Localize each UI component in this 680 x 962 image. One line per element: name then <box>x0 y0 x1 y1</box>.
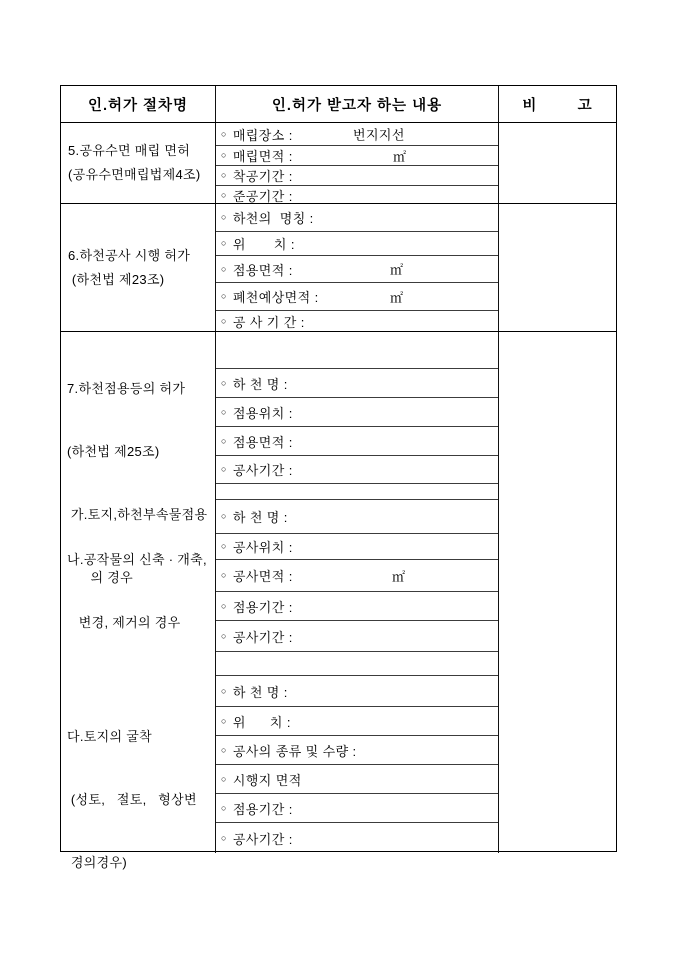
circle-bullet-icon: ○ <box>221 465 227 474</box>
table-header-row: 인.허가 절차명 인.허가 받고자 하는 내용 비 고 <box>61 86 616 123</box>
field-label: 공사의 종류 및 수량 : <box>233 741 357 760</box>
field-label: 점용기간 : <box>233 597 293 616</box>
circle-bullet-icon: ○ <box>221 292 227 301</box>
field-label: 공사위치 : <box>233 537 293 556</box>
remarks-cell <box>499 123 616 203</box>
field-value: 번지지선 <box>353 125 405 144</box>
form-field-row: ○ 공사면적 : ㎡ <box>216 560 498 592</box>
form-field-row: ○ 점용기간 : <box>216 592 498 621</box>
procedure-case-line: 다.토지의 굴착 <box>67 726 213 747</box>
circle-bullet-icon: ○ <box>221 746 227 755</box>
field-unit: ㎡ <box>392 566 405 585</box>
content-cell: ○ 하천의 명칭 : ○ 위 치 : ○ 점용면적 : ㎡ ○ 폐천예상면적 :… <box>216 204 499 331</box>
field-label: 공 사 기 간 : <box>233 312 305 331</box>
procedure-name-line: 5.공유수면 매립 면허 <box>68 139 215 163</box>
header-requested-content: 인.허가 받고자 하는 내용 <box>216 86 499 122</box>
field-label: 점용기간 : <box>233 799 293 818</box>
circle-bullet-icon: ○ <box>221 571 227 580</box>
procedure-case-line: 나.공작물의 신축 · 개축, <box>67 549 213 570</box>
circle-bullet-icon: ○ <box>221 265 227 274</box>
field-label: 착공기간 : <box>233 166 293 185</box>
procedure-law-line: (하천법 제23조) <box>68 268 215 292</box>
circle-bullet-icon: ○ <box>221 602 227 611</box>
form-field-row: ○ 공사기간 : <box>216 456 498 484</box>
field-label: 위 치 : <box>233 234 295 253</box>
circle-bullet-icon: ○ <box>221 542 227 551</box>
procedure-case-line: 경의경우) <box>67 852 213 873</box>
header-remarks: 비 고 <box>499 86 616 122</box>
circle-bullet-icon: ○ <box>221 151 227 160</box>
remarks-cell <box>499 204 616 331</box>
field-label: 점용면적 : <box>233 260 293 279</box>
circle-bullet-icon: ○ <box>221 408 227 417</box>
field-label: 준공기간 : <box>233 186 293 205</box>
procedure-case-line: 변경, 제거의 경우 <box>67 612 213 633</box>
field-label: 위 치 : <box>233 712 291 731</box>
content-cell: ○ 매립장소 : 번지지선 ○ 매립면적 : ㎡ ○ 착공기간 : ○ 준공기간… <box>216 123 499 203</box>
circle-bullet-icon: ○ <box>221 804 227 813</box>
header-procedure-name: 인.허가 절차명 <box>61 86 216 122</box>
form-field-row: ○ 위 치 : <box>216 707 498 736</box>
field-label: 점용면적 : <box>233 432 293 451</box>
form-field-row: ○ 매립장소 : 번지지선 <box>216 123 498 146</box>
circle-bullet-icon: ○ <box>221 130 227 139</box>
field-label: 매립장소 : <box>233 125 293 144</box>
form-field-row: ○ 폐천예상면적 : ㎡ <box>216 283 498 311</box>
empty-row <box>216 484 498 500</box>
procedure-name-cell: 5.공유수면 매립 면허 (공유수면매립법제4조) <box>61 123 216 203</box>
form-field-row: ○ 점용기간 : <box>216 794 498 823</box>
empty-row <box>216 332 498 369</box>
content-cell: ○ 하 천 명 : ○ 점용위치 : ○ 점용면적 : ○ 공사기간 : ○ <box>216 332 499 853</box>
circle-bullet-icon: ○ <box>221 717 227 726</box>
procedure-case-line: (성토, 절토, 형상변 <box>67 789 213 810</box>
field-unit: ㎡ <box>390 287 403 306</box>
form-field-row: ○ 점용면적 : ㎡ <box>216 256 498 283</box>
form-field-row: ○ 공사기간 : <box>216 823 498 853</box>
section-7-river-occupancy: 7.하천점용등의 허가 (하천법 제25조) 가.토지,하천부속물점용 의 경우… <box>61 332 616 853</box>
circle-bullet-icon: ○ <box>221 775 227 784</box>
field-label: 공사기간 : <box>233 460 293 479</box>
field-label: 하 천 명 : <box>233 374 288 393</box>
field-label: 공사기간 : <box>233 829 293 848</box>
field-unit: ㎡ <box>390 260 403 279</box>
field-label: 폐천예상면적 : <box>233 287 319 306</box>
form-field-row: ○ 공 사 기 간 : <box>216 311 498 332</box>
field-label: 시행지 면적 <box>233 770 302 789</box>
circle-bullet-icon: ○ <box>221 171 227 180</box>
field-label: 점용위치 : <box>233 403 293 422</box>
procedure-name-cell: 6.하천공사 시행 허가 (하천법 제23조) <box>61 204 216 331</box>
form-field-row: ○ 하 천 명 : <box>216 676 498 707</box>
permit-form-page: 인.허가 절차명 인.허가 받고자 하는 내용 비 고 5.공유수면 매립 면허… <box>0 0 680 962</box>
procedure-law-line: (공유수면매립법제4조) <box>68 163 215 187</box>
form-field-row: ○ 공사기간 : <box>216 621 498 652</box>
field-label: 공사기간 : <box>233 627 293 646</box>
permit-approval-table: 인.허가 절차명 인.허가 받고자 하는 내용 비 고 5.공유수면 매립 면허… <box>60 85 617 852</box>
section-6-river-works: 6.하천공사 시행 허가 (하천법 제23조) ○ 하천의 명칭 : ○ 위 치… <box>61 204 616 332</box>
form-field-row: ○ 매립면적 : ㎡ <box>216 146 498 166</box>
circle-bullet-icon: ○ <box>221 379 227 388</box>
form-field-row: ○ 공사위치 : <box>216 534 498 560</box>
form-field-row: ○ 준공기간 : <box>216 186 498 204</box>
circle-bullet-icon: ○ <box>221 687 227 696</box>
procedure-name-cell: 7.하천점용등의 허가 (하천법 제25조) 가.토지,하천부속물점용 의 경우… <box>61 332 216 853</box>
form-field-row: ○ 하 천 명 : <box>216 500 498 534</box>
form-field-row: ○ 시행지 면적 <box>216 765 498 794</box>
circle-bullet-icon: ○ <box>221 213 227 222</box>
form-field-row: ○ 하천의 명칭 : <box>216 204 498 232</box>
field-label: 하천의 명칭 : <box>233 208 314 227</box>
circle-bullet-icon: ○ <box>221 632 227 641</box>
circle-bullet-icon: ○ <box>221 437 227 446</box>
circle-bullet-icon: ○ <box>221 834 227 843</box>
field-unit: ㎡ <box>393 146 406 165</box>
remarks-cell <box>499 332 616 853</box>
form-field-row: ○ 점용면적 : <box>216 427 498 456</box>
circle-bullet-icon: ○ <box>221 512 227 521</box>
procedure-name-block-da: 다.토지의 굴착 (성토, 절토, 형상변 경의경우) <box>67 684 213 915</box>
circle-bullet-icon: ○ <box>221 191 227 200</box>
procedure-law-line: (하천법 제25조) <box>67 441 213 462</box>
circle-bullet-icon: ○ <box>221 239 227 248</box>
form-field-row: ○ 위 치 : <box>216 232 498 256</box>
field-label: 하 천 명 : <box>233 507 288 526</box>
procedure-name-line: 7.하천점용등의 허가 <box>67 378 213 399</box>
form-field-row: ○ 하 천 명 : <box>216 369 498 398</box>
field-label: 하 천 명 : <box>233 682 288 701</box>
procedure-name-block-na: 나.공작물의 신축 · 개축, 변경, 제거의 경우 <box>67 507 213 675</box>
field-label: 공사면적 : <box>233 566 293 585</box>
field-label: 매립면적 : <box>233 146 293 165</box>
form-field-row: ○ 공사의 종류 및 수량 : <box>216 736 498 765</box>
section-5-reclamation: 5.공유수면 매립 면허 (공유수면매립법제4조) ○ 매립장소 : 번지지선 … <box>61 123 616 204</box>
circle-bullet-icon: ○ <box>221 317 227 326</box>
empty-row <box>216 652 498 676</box>
form-field-row: ○ 착공기간 : <box>216 166 498 186</box>
form-field-row: ○ 점용위치 : <box>216 398 498 427</box>
procedure-name-line: 6.하천공사 시행 허가 <box>68 244 215 268</box>
